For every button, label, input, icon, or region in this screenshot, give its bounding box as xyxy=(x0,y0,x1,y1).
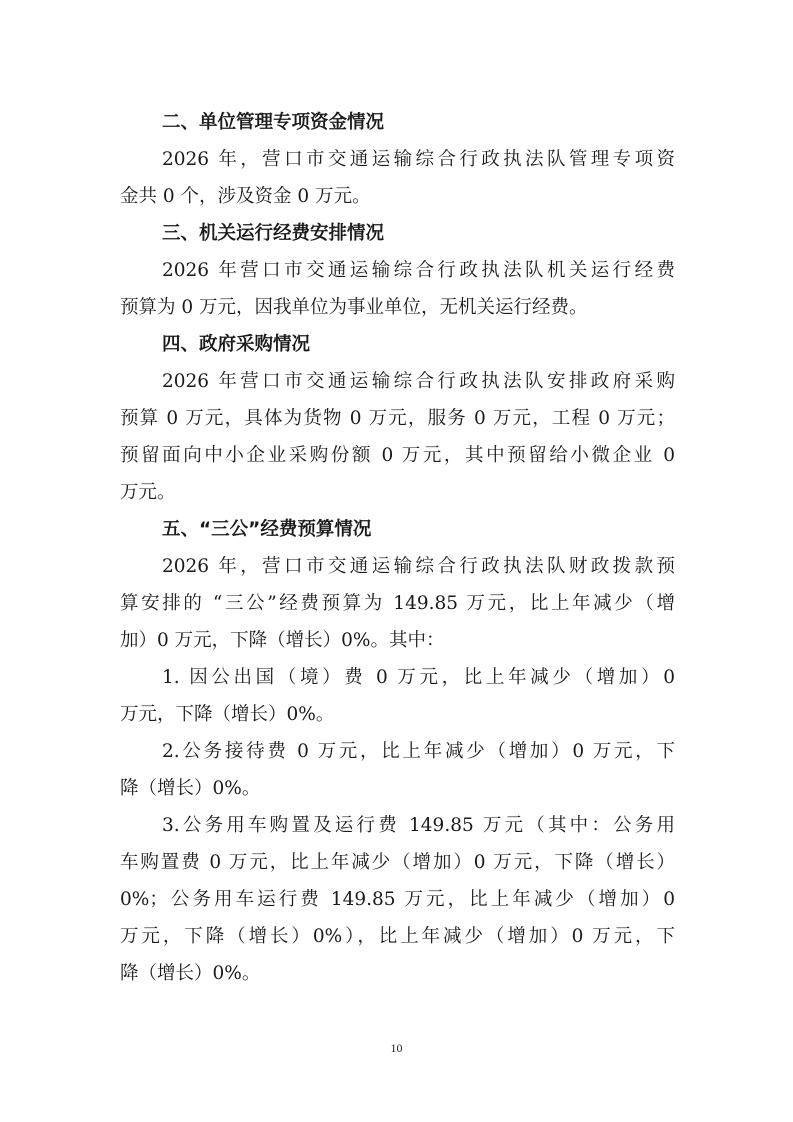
paragraph-line: 算安排的 “三公”经费预算为 149.85 万元，比上年减少（增 xyxy=(120,585,675,622)
list-item-line: 3.公务用车购置及运行费 149.85 万元（其中：公务用 xyxy=(120,807,675,844)
section-heading: 三、机关运行经费安排情况 xyxy=(120,215,675,252)
section-heading: 五、“三公”经费预算情况 xyxy=(120,511,675,548)
paragraph-line: 金共 0 个，涉及资金 0 万元。 xyxy=(120,178,675,215)
list-item-line: 万元，下降（增长）0%。 xyxy=(120,696,675,733)
list-item-line: 0%；公务用车运行费 149.85 万元，比上年减少（增加）0 xyxy=(120,881,675,918)
list-item-line: 2.公务接待费 0 万元，比上年减少（增加）0 万元，下 xyxy=(120,733,675,770)
list-item-line: 降（增长）0%。 xyxy=(120,770,675,807)
paragraph-line: 万元。 xyxy=(120,474,675,511)
list-item-line: 车购置费 0 万元，比上年减少（增加）0 万元，下降（增长） xyxy=(120,844,675,881)
list-item-line: 1. 因公出国（境）费 0 万元，比上年减少（增加）0 xyxy=(120,659,675,696)
section-heading: 二、单位管理专项资金情况 xyxy=(120,104,675,141)
section-heading: 四、政府采购情况 xyxy=(120,326,675,363)
paragraph-line: 预留面向中小企业采购份额 0 万元，其中预留给小微企业 0 xyxy=(120,437,675,474)
paragraph-line: 2026 年营口市交通运输综合行政执法队机关运行经费 xyxy=(120,252,675,289)
list-item-line: 降（增长）0%。 xyxy=(120,955,675,992)
document-page: 二、单位管理专项资金情况 2026 年，营口市交通运输综合行政执法队管理专项资 … xyxy=(120,104,675,992)
paragraph-line: 2026 年营口市交通运输综合行政执法队安排政府采购 xyxy=(120,363,675,400)
paragraph-line: 2026 年，营口市交通运输综合行政执法队管理专项资 xyxy=(120,141,675,178)
list-item-line: 万元，下降（增长）0%），比上年减少（增加）0 万元，下 xyxy=(120,918,675,955)
paragraph-line: 预算为 0 万元，因我单位为事业单位，无机关运行经费。 xyxy=(120,289,675,326)
paragraph-line: 预算 0 万元，具体为货物 0 万元，服务 0 万元，工程 0 万元； xyxy=(120,400,675,437)
page-number: 10 xyxy=(0,1041,793,1056)
paragraph-line: 2026 年，营口市交通运输综合行政执法队财政拨款预 xyxy=(120,548,675,585)
paragraph-line: 加）0 万元，下降（增长）0%。其中： xyxy=(120,622,675,659)
